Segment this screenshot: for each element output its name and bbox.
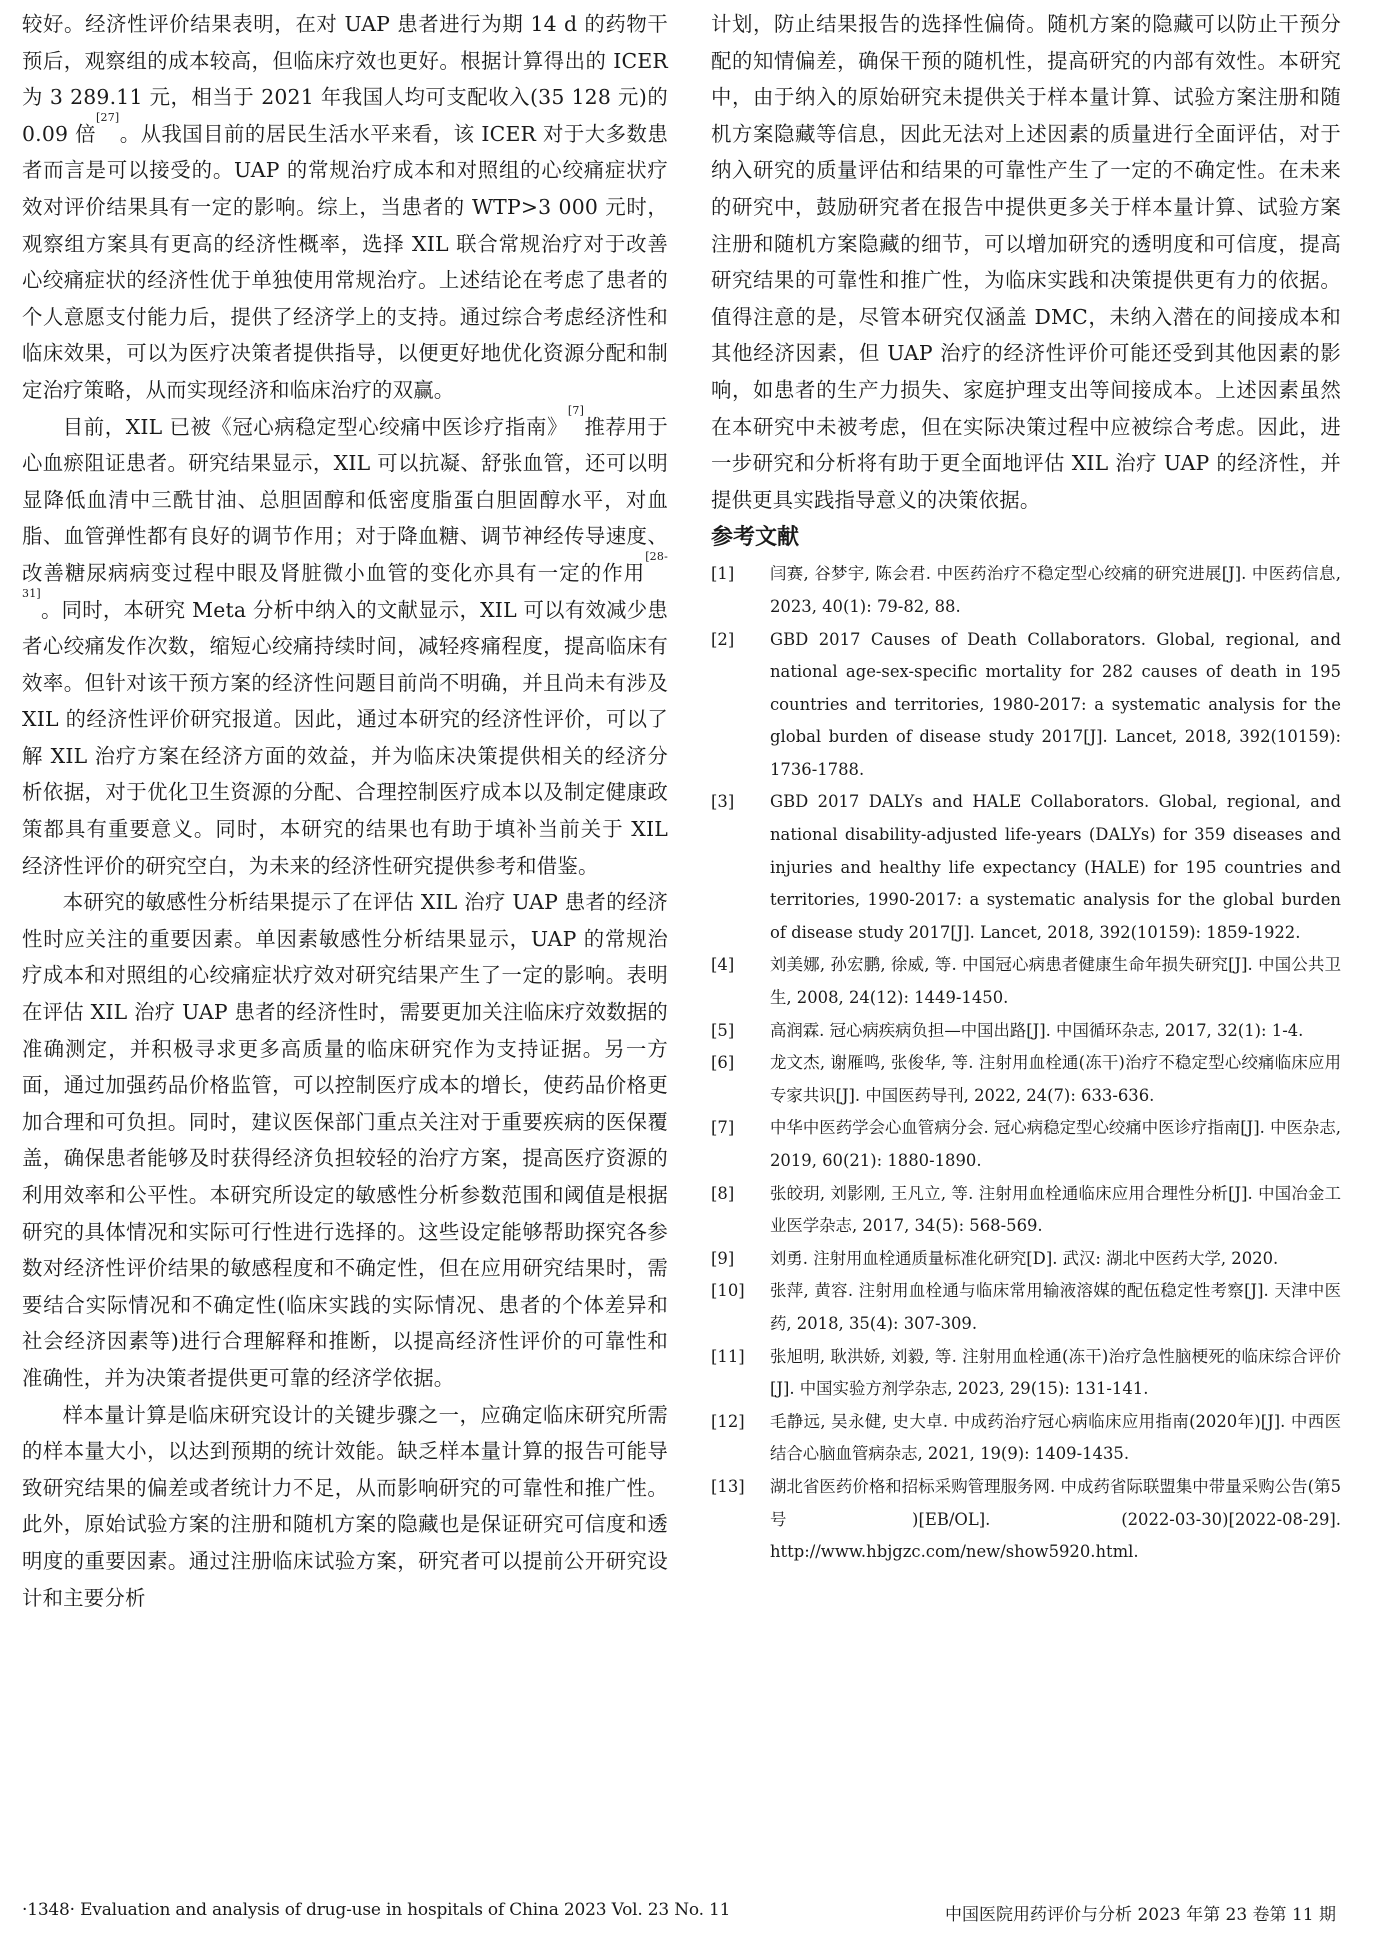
- reference-text: 毛静远, 吴永健, 史大卓. 中成药治疗冠心病临床应用指南(2020年)[J].…: [770, 1406, 1341, 1471]
- footer-journal-info: ·1348· Evaluation and analysis of drug-u…: [22, 1900, 730, 1925]
- footer-issue-info: 中国医院用药评价与分析 2023 年第 23 卷第 11 期: [945, 1900, 1340, 1925]
- reference-number: [3]: [711, 786, 770, 949]
- reference-number: [12]: [711, 1406, 770, 1471]
- paragraph-3: 本研究的敏感性分析结果提示了在评估 XIL 治疗 UAP 患者的经济性时应关注的…: [22, 884, 668, 1396]
- citation-superscript[interactable]: [27]: [96, 111, 119, 124]
- reference-item: [2]GBD 2017 Causes of Death Collaborator…: [711, 624, 1341, 787]
- reference-text: 龙文杰, 谢雁鸣, 张俊华, 等. 注射用血栓通(冻干)治疗不稳定型心绞痛临床应…: [770, 1047, 1341, 1112]
- reference-number: [11]: [711, 1341, 770, 1406]
- paragraph-text: 。同时，本研究 Meta 分析中纳入的文献显示，XIL 可以有效减少患者心绞痛发…: [22, 598, 668, 878]
- reference-text: 刘美娜, 孙宏鹏, 徐威, 等. 中国冠心病患者健康生命年损失研究[J]. 中国…: [770, 949, 1341, 1014]
- reference-item: [9]刘勇. 注射用血栓通质量标准化研究[D]. 武汉: 湖北中医药大学, 20…: [711, 1243, 1341, 1276]
- paragraph-text: 样本量计算是临床研究设计的关键步骤之一，应确定临床研究所需的样本量大小，以达到预…: [22, 1403, 668, 1610]
- paragraph-text: 。从我国目前的居民生活水平来看，该 ICER 对于大多数患者而言是可以接受的。U…: [22, 122, 668, 402]
- reference-text: 张萍, 黄容. 注射用血栓通与临床常用输液溶媒的配伍稳定性考察[J]. 天津中医…: [770, 1275, 1341, 1340]
- page-footer: ·1348· Evaluation and analysis of drug-u…: [22, 1900, 1340, 1925]
- left-column: 较好。经济性评价结果表明，在对 UAP 患者进行为期 14 d 的药物干预后，观…: [22, 6, 668, 1616]
- reference-number: [2]: [711, 624, 770, 787]
- reference-text: 中华中医药学会心血管病分会. 冠心病稳定型心绞痛中医诊疗指南[J]. 中医杂志,…: [770, 1112, 1341, 1177]
- paragraph-5: 计划，防止结果报告的选择性偏倚。随机方案的隐藏可以防止干预分配的知情偏差，确保干…: [711, 6, 1341, 518]
- reference-item: [3]GBD 2017 DALYs and HALE Collaborators…: [711, 786, 1341, 949]
- reference-number: [13]: [711, 1471, 770, 1569]
- reference-number: [6]: [711, 1047, 770, 1112]
- reference-list: [1]闫赛, 谷梦宇, 陈会君. 中医药治疗不稳定型心绞痛的研究进展[J]. 中…: [711, 558, 1341, 1568]
- reference-text: 刘勇. 注射用血栓通质量标准化研究[D]. 武汉: 湖北中医药大学, 2020.: [770, 1243, 1341, 1276]
- reference-number: [1]: [711, 558, 770, 623]
- reference-text: 高润霖. 冠心病疾病负担—中国出路[J]. 中国循环杂志, 2017, 32(1…: [770, 1015, 1341, 1048]
- reference-item: [7]中华中医药学会心血管病分会. 冠心病稳定型心绞痛中医诊疗指南[J]. 中医…: [711, 1112, 1341, 1177]
- reference-number: [8]: [711, 1178, 770, 1243]
- reference-number: [5]: [711, 1015, 770, 1048]
- right-column: 计划，防止结果报告的选择性偏倚。随机方案的隐藏可以防止干预分配的知情偏差，确保干…: [711, 6, 1341, 1569]
- reference-item: [11]张旭明, 耿洪娇, 刘毅, 等. 注射用血栓通(冻干)治疗急性脑梗死的临…: [711, 1341, 1341, 1406]
- paragraph-1: 较好。经济性评价结果表明，在对 UAP 患者进行为期 14 d 的药物干预后，观…: [22, 6, 668, 409]
- reference-number: [9]: [711, 1243, 770, 1276]
- reference-item: [4]刘美娜, 孙宏鹏, 徐威, 等. 中国冠心病患者健康生命年损失研究[J].…: [711, 949, 1341, 1014]
- references-heading: 参考文献: [711, 520, 1341, 556]
- reference-number: [10]: [711, 1275, 770, 1340]
- reference-text: 张皎玥, 刘影刚, 王凡立, 等. 注射用血栓通临床应用合理性分析[J]. 中国…: [770, 1178, 1341, 1243]
- reference-text: GBD 2017 Causes of Death Collaborators. …: [770, 624, 1341, 787]
- reference-item: [5]高润霖. 冠心病疾病负担—中国出路[J]. 中国循环杂志, 2017, 3…: [711, 1015, 1341, 1048]
- reference-number: [7]: [711, 1112, 770, 1177]
- citation-superscript[interactable]: [7]: [568, 404, 584, 417]
- paragraph-text: 计划，防止结果报告的选择性偏倚。随机方案的隐藏可以防止干预分配的知情偏差，确保干…: [711, 12, 1341, 512]
- reference-number: [4]: [711, 949, 770, 1014]
- paragraph-text: 本研究的敏感性分析结果提示了在评估 XIL 治疗 UAP 患者的经济性时应关注的…: [22, 890, 668, 1390]
- reference-item: [10]张萍, 黄容. 注射用血栓通与临床常用输液溶媒的配伍稳定性考察[J]. …: [711, 1275, 1341, 1340]
- reference-item: [13]湖北省医药价格和招标采购管理服务网. 中成药省际联盟集中带量采购公告(第…: [711, 1471, 1341, 1569]
- paragraph-text: 目前，XIL 已被《冠心病稳定型心绞痛中医诊疗指南》: [63, 415, 568, 439]
- reference-text: 张旭明, 耿洪娇, 刘毅, 等. 注射用血栓通(冻干)治疗急性脑梗死的临床综合评…: [770, 1341, 1341, 1406]
- reference-text: GBD 2017 DALYs and HALE Collaborators. G…: [770, 786, 1341, 949]
- paragraph-2: 目前，XIL 已被《冠心病稳定型心绞痛中医诊疗指南》[7]推荐用于心血瘀阻证患者…: [22, 409, 668, 885]
- reference-item: [8]张皎玥, 刘影刚, 王凡立, 等. 注射用血栓通临床应用合理性分析[J].…: [711, 1178, 1341, 1243]
- paragraph-text: 推荐用于心血瘀阻证患者。研究结果显示，XIL 可以抗凝、舒张血管，还可以明显降低…: [22, 415, 668, 585]
- reference-item: [1]闫赛, 谷梦宇, 陈会君. 中医药治疗不稳定型心绞痛的研究进展[J]. 中…: [711, 558, 1341, 623]
- reference-item: [12]毛静远, 吴永健, 史大卓. 中成药治疗冠心病临床应用指南(2020年)…: [711, 1406, 1341, 1471]
- reference-text: 闫赛, 谷梦宇, 陈会君. 中医药治疗不稳定型心绞痛的研究进展[J]. 中医药信…: [770, 558, 1341, 623]
- paragraph-4: 样本量计算是临床研究设计的关键步骤之一，应确定临床研究所需的样本量大小，以达到预…: [22, 1397, 668, 1617]
- reference-item: [6]龙文杰, 谢雁鸣, 张俊华, 等. 注射用血栓通(冻干)治疗不稳定型心绞痛…: [711, 1047, 1341, 1112]
- reference-text: 湖北省医药价格和招标采购管理服务网. 中成药省际联盟集中带量采购公告(第5号)[…: [770, 1471, 1341, 1569]
